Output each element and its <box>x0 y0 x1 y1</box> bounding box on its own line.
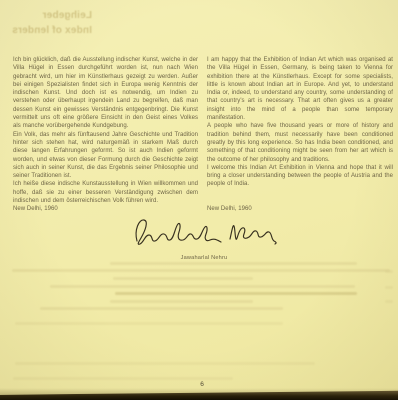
english-dateline: New Delhi, 1960 <box>207 206 252 212</box>
german-column: Ich bin glücklich, daß die Ausstellung i… <box>13 56 198 205</box>
showthrough-heading-line2: Index of lenders <box>16 24 92 39</box>
showthrough-text-line <box>12 269 390 272</box>
german-dateline: New Delhi, 1960 <box>13 206 58 212</box>
showthrough-margin-mark <box>385 300 393 303</box>
page-bottom-edge-shadow <box>0 390 398 400</box>
english-paragraph-3: I welcome this Indian Art Exhibition in … <box>207 164 393 189</box>
showthrough-heading: Leihgeber Index of lenders <box>16 9 92 38</box>
showthrough-text-line <box>15 322 283 325</box>
german-paragraph-3: Ich heiße diese indische Kunstausstellun… <box>13 180 198 205</box>
english-paragraph-1: I am happy that the Exhibition of Indian… <box>207 56 393 122</box>
showthrough-heading-line1: Leihgeber <box>16 9 92 24</box>
showthrough-text-line <box>110 300 253 303</box>
showthrough-text-line <box>110 262 357 265</box>
showthrough-text-line <box>115 292 357 295</box>
showthrough-margin-mark <box>385 286 393 289</box>
german-paragraph-2: Ein Volk, das mehr als fünftausend Jahre… <box>13 131 198 181</box>
english-paragraph-2: A people who have five thousand years or… <box>207 122 393 163</box>
scanned-catalogue-page: Leihgeber Index of lenders Ich bin glück… <box>0 0 398 400</box>
showthrough-text-line <box>50 285 355 288</box>
signature-stroke-first-name <box>136 220 221 244</box>
showthrough-text-line <box>40 307 283 310</box>
showthrough-margin-mark <box>385 270 393 273</box>
showthrough-text-line <box>113 277 253 280</box>
signature-stroke-last-name <box>230 226 276 244</box>
showthrough-text-line <box>13 377 233 380</box>
english-column: I am happy that the Exhibition of Indian… <box>207 56 393 189</box>
signature-caption: Jawaharlal Nehru <box>158 255 250 261</box>
german-paragraph-1: Ich bin glücklich, daß die Ausstellung i… <box>13 56 198 131</box>
showthrough-text-line <box>15 362 315 365</box>
page-number: 6 <box>188 381 216 388</box>
nehru-handwritten-signature <box>130 214 278 254</box>
